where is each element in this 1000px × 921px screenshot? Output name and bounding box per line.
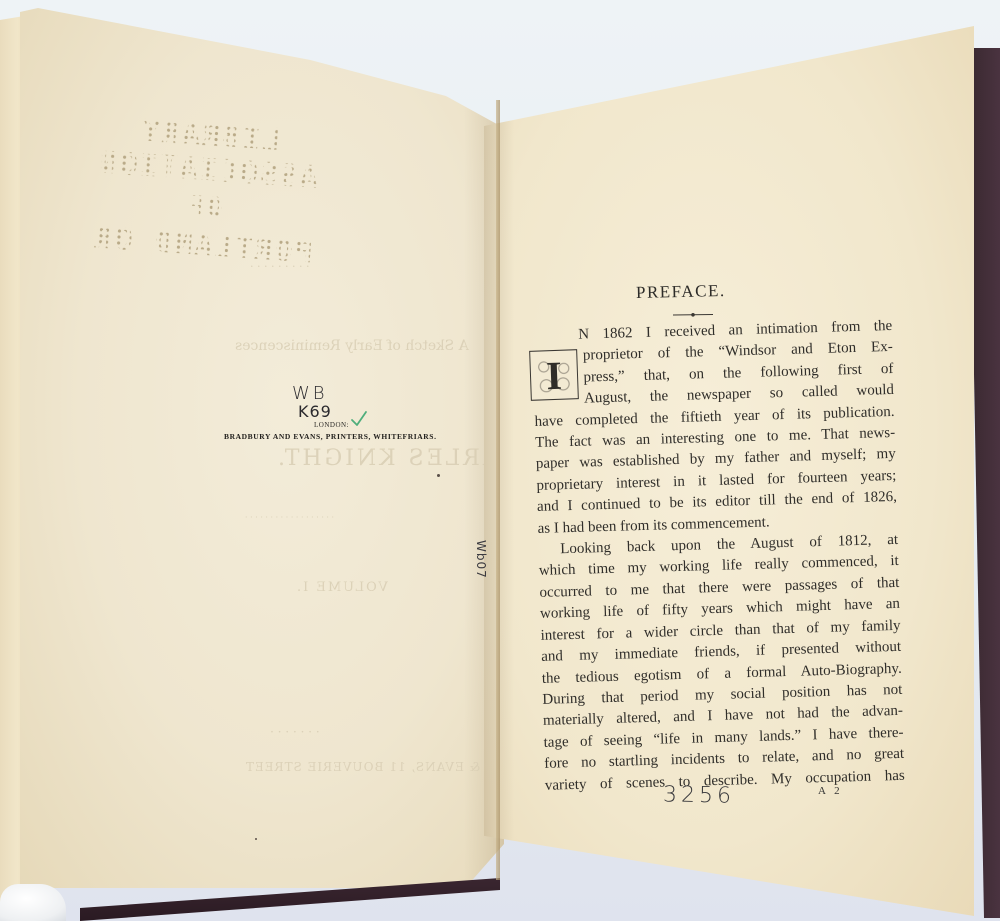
show-through-text: A Sketch of Early Reminiscences	[235, 338, 469, 354]
book-gutter	[496, 100, 500, 880]
paper-speck	[255, 838, 257, 840]
handwritten-accession-number: 3256	[663, 782, 735, 808]
imprint-city: LONDON:	[314, 421, 349, 429]
page-title: PREFACE.	[636, 281, 726, 303]
printer-signature-mark: A 2	[818, 785, 843, 797]
handwritten-call-number-line1: WB	[292, 383, 328, 404]
show-through-text: · · · · · · · · · · · · · · · · · ·	[245, 512, 334, 524]
paper-speck	[437, 474, 440, 477]
gutter-handwritten-note: Wb07	[474, 540, 488, 579]
show-through-text: · · · · · · · · ·	[250, 260, 309, 273]
title-ornament-icon	[673, 313, 713, 317]
show-through-text: · · · · · · ·	[270, 725, 320, 739]
check-mark-icon	[350, 410, 368, 428]
perforated-library-stamp: LIBRARY ASSOCIATION OF PORTLAND OR	[38, 107, 376, 260]
open-book-photo: LIBRARY ASSOCIATION OF PORTLAND OR · · ·…	[0, 0, 1000, 921]
imprint-printer: BRADBURY AND EVANS, PRINTERS, WHITEFRIAR…	[224, 432, 437, 441]
show-through-text: VOLUME I.	[295, 580, 388, 595]
handwritten-call-number-line2: K69	[298, 402, 332, 421]
preface-body-text: N 1862 I received an intimation from the…	[532, 316, 905, 797]
white-cloth	[0, 884, 66, 921]
